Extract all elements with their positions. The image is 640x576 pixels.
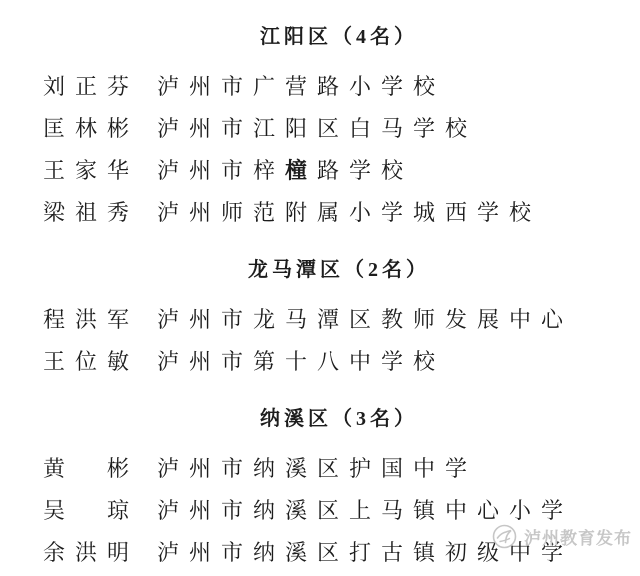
school-name-part: 路学校 [317,158,413,183]
school-name: 泸州市纳溪区护国中学 [157,456,477,481]
school-name: 泸州市第十八中学校 [157,349,445,374]
table-row: 王家华泸州市梓橦路学校 [38,150,640,192]
school-name-part-bold: 橦 [285,158,317,183]
person-name: 王家华 [43,150,157,192]
table-row: 黄 彬泸州市纳溪区护国中学 [38,448,640,490]
table-row: 王位敏泸州市第十八中学校 [38,341,640,383]
person-name: 王位敏 [43,341,157,383]
watermark-label: 泸州教育发布 [524,524,632,549]
school-name: 泸州市纳溪区上马镇中心小学 [157,498,573,523]
document-page: 江阳区（4名） 刘正芬泸州市广营路小学校 匡林彬泸州市江阳区白马学校 王家华泸州… [0,0,640,574]
section-jiangyang: 江阳区（4名） 刘正芬泸州市广营路小学校 匡林彬泸州市江阳区白马学校 王家华泸州… [38,16,640,234]
person-name: 梁祖秀 [43,192,157,234]
person-name: 程洪军 [43,299,157,341]
school-name: 泸州市龙马潭区教师发展中心 [157,307,573,332]
table-row: 刘正芬泸州市广营路小学校 [38,66,640,108]
person-name: 吴 琼 [43,490,157,532]
section-title: 江阳区（4名） [38,16,640,58]
school-name: 泸州市广营路小学校 [157,74,445,99]
table-row: 梁祖秀泸州师范附属小学城西学校 [38,192,640,234]
person-name: 匡林彬 [43,108,157,150]
school-name: 泸州市江阳区白马学校 [157,116,477,141]
luzhou-education-logo-icon [492,524,517,549]
section-longmatan: 龙马潭区（2名） 程洪军泸州市龙马潭区教师发展中心 王位敏泸州市第十八中学校 [38,249,640,383]
person-name: 余洪明 [43,532,157,574]
table-row: 程洪军泸州市龙马潭区教师发展中心 [38,299,640,341]
school-name: 泸州师范附属小学城西学校 [157,200,541,225]
watermark: 泸州教育发布 [492,524,632,549]
section-title: 龙马潭区（2名） [38,249,640,291]
person-name: 刘正芬 [43,66,157,108]
table-row: 匡林彬泸州市江阳区白马学校 [38,108,640,150]
section-title: 纳溪区（3名） [38,398,640,440]
school-name-part: 泸州市梓 [157,158,285,183]
school-name: 泸州市梓橦路学校 [157,158,413,183]
person-name: 黄 彬 [43,448,157,490]
